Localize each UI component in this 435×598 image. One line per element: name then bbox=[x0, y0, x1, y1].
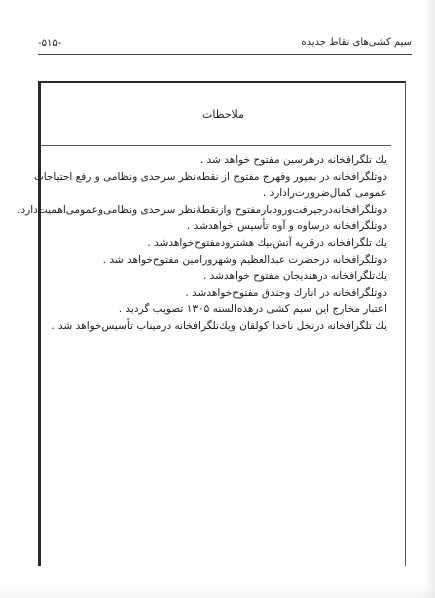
note-line: دوتلگرافخانه‌درجیرفت‌ورودبارمفتوح وازنقط… bbox=[47, 202, 387, 219]
header-rule bbox=[38, 54, 412, 55]
note-line: دوتلگرافخانه درحضرت عبدالعظیم وشهرورامین… bbox=[47, 252, 387, 269]
note-line: اعتبار مخارج این سیم کشی درهذه‌السنه ۱۳۰… bbox=[47, 301, 387, 318]
note-line: یك تلگرافخانه درقریه آتش‌بیك هشترودمفتوح… bbox=[47, 235, 387, 252]
running-header: سیم کشی‌های نقاط جدیده -۵۱۵- bbox=[38, 34, 412, 54]
note-line: عمومی کمال‌ضرورت‌رادارد . bbox=[47, 185, 387, 202]
note-line: یك‌تلگرافخانه درهندیجان مفتوح خواهدشد . bbox=[47, 268, 387, 285]
page-number: -۵۱۵- bbox=[38, 38, 61, 50]
scan-edge-shadow bbox=[423, 0, 435, 598]
notes-header-cell: ملاحظات bbox=[41, 83, 391, 146]
running-title: سیم کشی‌های نقاط جدیده bbox=[301, 37, 412, 49]
note-line: دوتلگرافخانه در انارك وجندق مفتوح‌خواهدش… bbox=[47, 285, 387, 302]
note-line: یك تلگرافخانه درنخل ناخدا کولقان ویك‌تلگ… bbox=[47, 318, 387, 335]
notes-body: یك تلگرافخانه درهرسین مفتوح خواهد شد . د… bbox=[41, 146, 405, 335]
scan-bottom-shadow bbox=[0, 586, 435, 598]
note-line: دوتلگرافخانه در بمپور وفهرج مفتوح از نقط… bbox=[47, 169, 387, 186]
note-line: دوتلگرافخانه درساوه و آوه تأسیس خواهدشد … bbox=[47, 218, 387, 235]
notes-title: ملاحظات bbox=[202, 108, 244, 121]
notes-box: ملاحظات یك تلگرافخانه درهرسین مفتوح خواه… bbox=[38, 81, 406, 566]
note-line: یك تلگرافخانه درهرسین مفتوح خواهد شد . bbox=[47, 152, 387, 169]
